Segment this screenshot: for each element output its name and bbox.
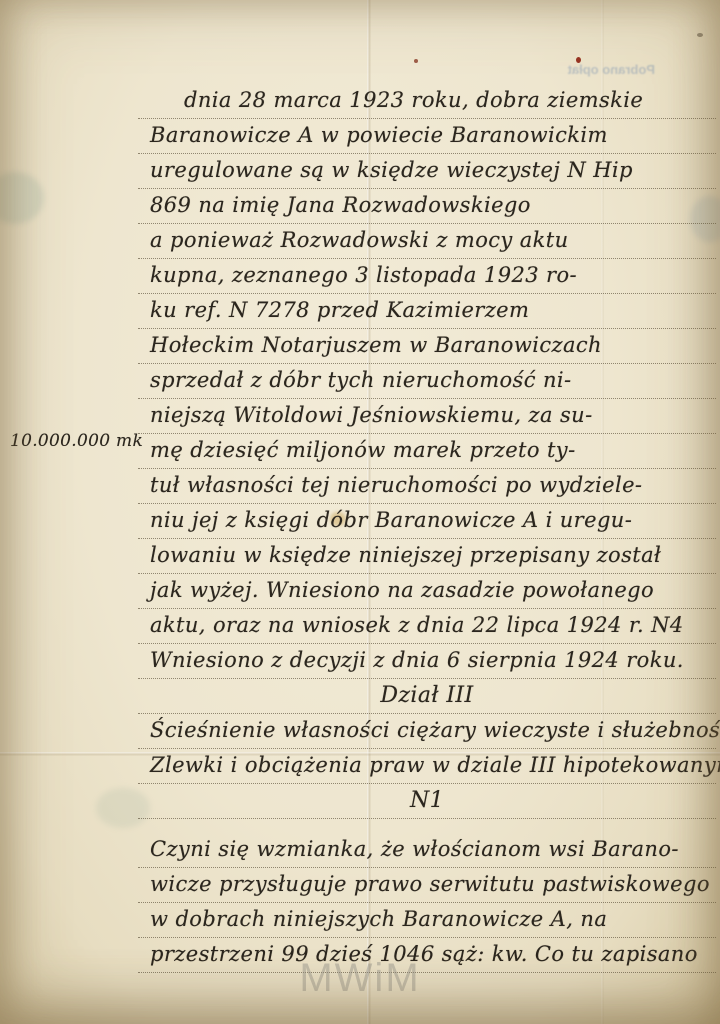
document-text-block: dnia 28 marca 1923 roku, dobra ziemskieB… [138, 84, 716, 973]
document-line: kupna, zeznanego 3 listopada 1923 ro- [138, 259, 716, 294]
margin-note-amount: 10.000.000 mk [10, 431, 143, 451]
paper-fleck [697, 33, 703, 37]
document-line: przestrzeni 99 dzieś 1046 sąż: kw. Co tu… [138, 938, 716, 973]
document-line: Baranowicze A w powiecie Baranowickim [138, 119, 716, 154]
document-line: niejszą Witoldowi Jeśniowskiemu, za su- [138, 399, 716, 434]
document-line: 869 na imię Jana Rozwadowskiego [138, 189, 716, 224]
document-line: dnia 28 marca 1923 roku, dobra ziemskie [138, 84, 716, 119]
paper-stain [0, 172, 44, 224]
document-line: aktu, oraz na wniosek z dnia 22 lipca 19… [138, 609, 716, 644]
document-line: sprzedał z dóbr tych nieruchomość ni- [138, 364, 716, 399]
document-line: jak wyżej. Wniesiono na zasadzie powołan… [138, 574, 716, 609]
paper-fleck [576, 57, 581, 63]
document-line: lowaniu w księdze niniejszej przepisany … [138, 539, 716, 574]
paper-fleck [414, 59, 418, 63]
document-page: Pobrano opłat 10.000.000 mk dnia 28 marc… [0, 0, 720, 1024]
document-line: mę dziesięć miljonów marek przeto ty- [138, 434, 716, 469]
document-line: Wniesiono z decyzji z dnia 6 sierpnia 19… [138, 644, 716, 679]
document-line: w dobrach niniejszych Baranowicze A, na [138, 903, 716, 938]
document-line: Ścieśnienie własności ciężary wieczyste … [138, 714, 716, 749]
document-heading-line: N1 [138, 784, 716, 819]
document-line: Zlewki i obciążenia praw w dziale III hi… [138, 749, 716, 784]
document-line: tuł własności tej nieruchomości po wydzi… [138, 469, 716, 504]
document-line: Hołeckim Notarjuszem w Baranowiczach [138, 329, 716, 364]
document-line: uregulowane są w księdze wieczystej N Hi… [138, 154, 716, 189]
document-line: ku ref. N 7278 przed Kazimierzem [138, 294, 716, 329]
document-heading-line: Dział III [138, 679, 716, 714]
document-line: Czyni się wzmianka, że włościanom wsi Ba… [138, 833, 716, 868]
document-line: niu jej z księgi dóbr Baranowicze A i ur… [138, 504, 716, 539]
bleed-through-text: Pobrano opłat [545, 62, 655, 77]
document-line: a ponieważ Rozwadowski z mocy aktu [138, 224, 716, 259]
document-line: wicze przysługuje prawo serwitutu pastwi… [138, 868, 716, 903]
